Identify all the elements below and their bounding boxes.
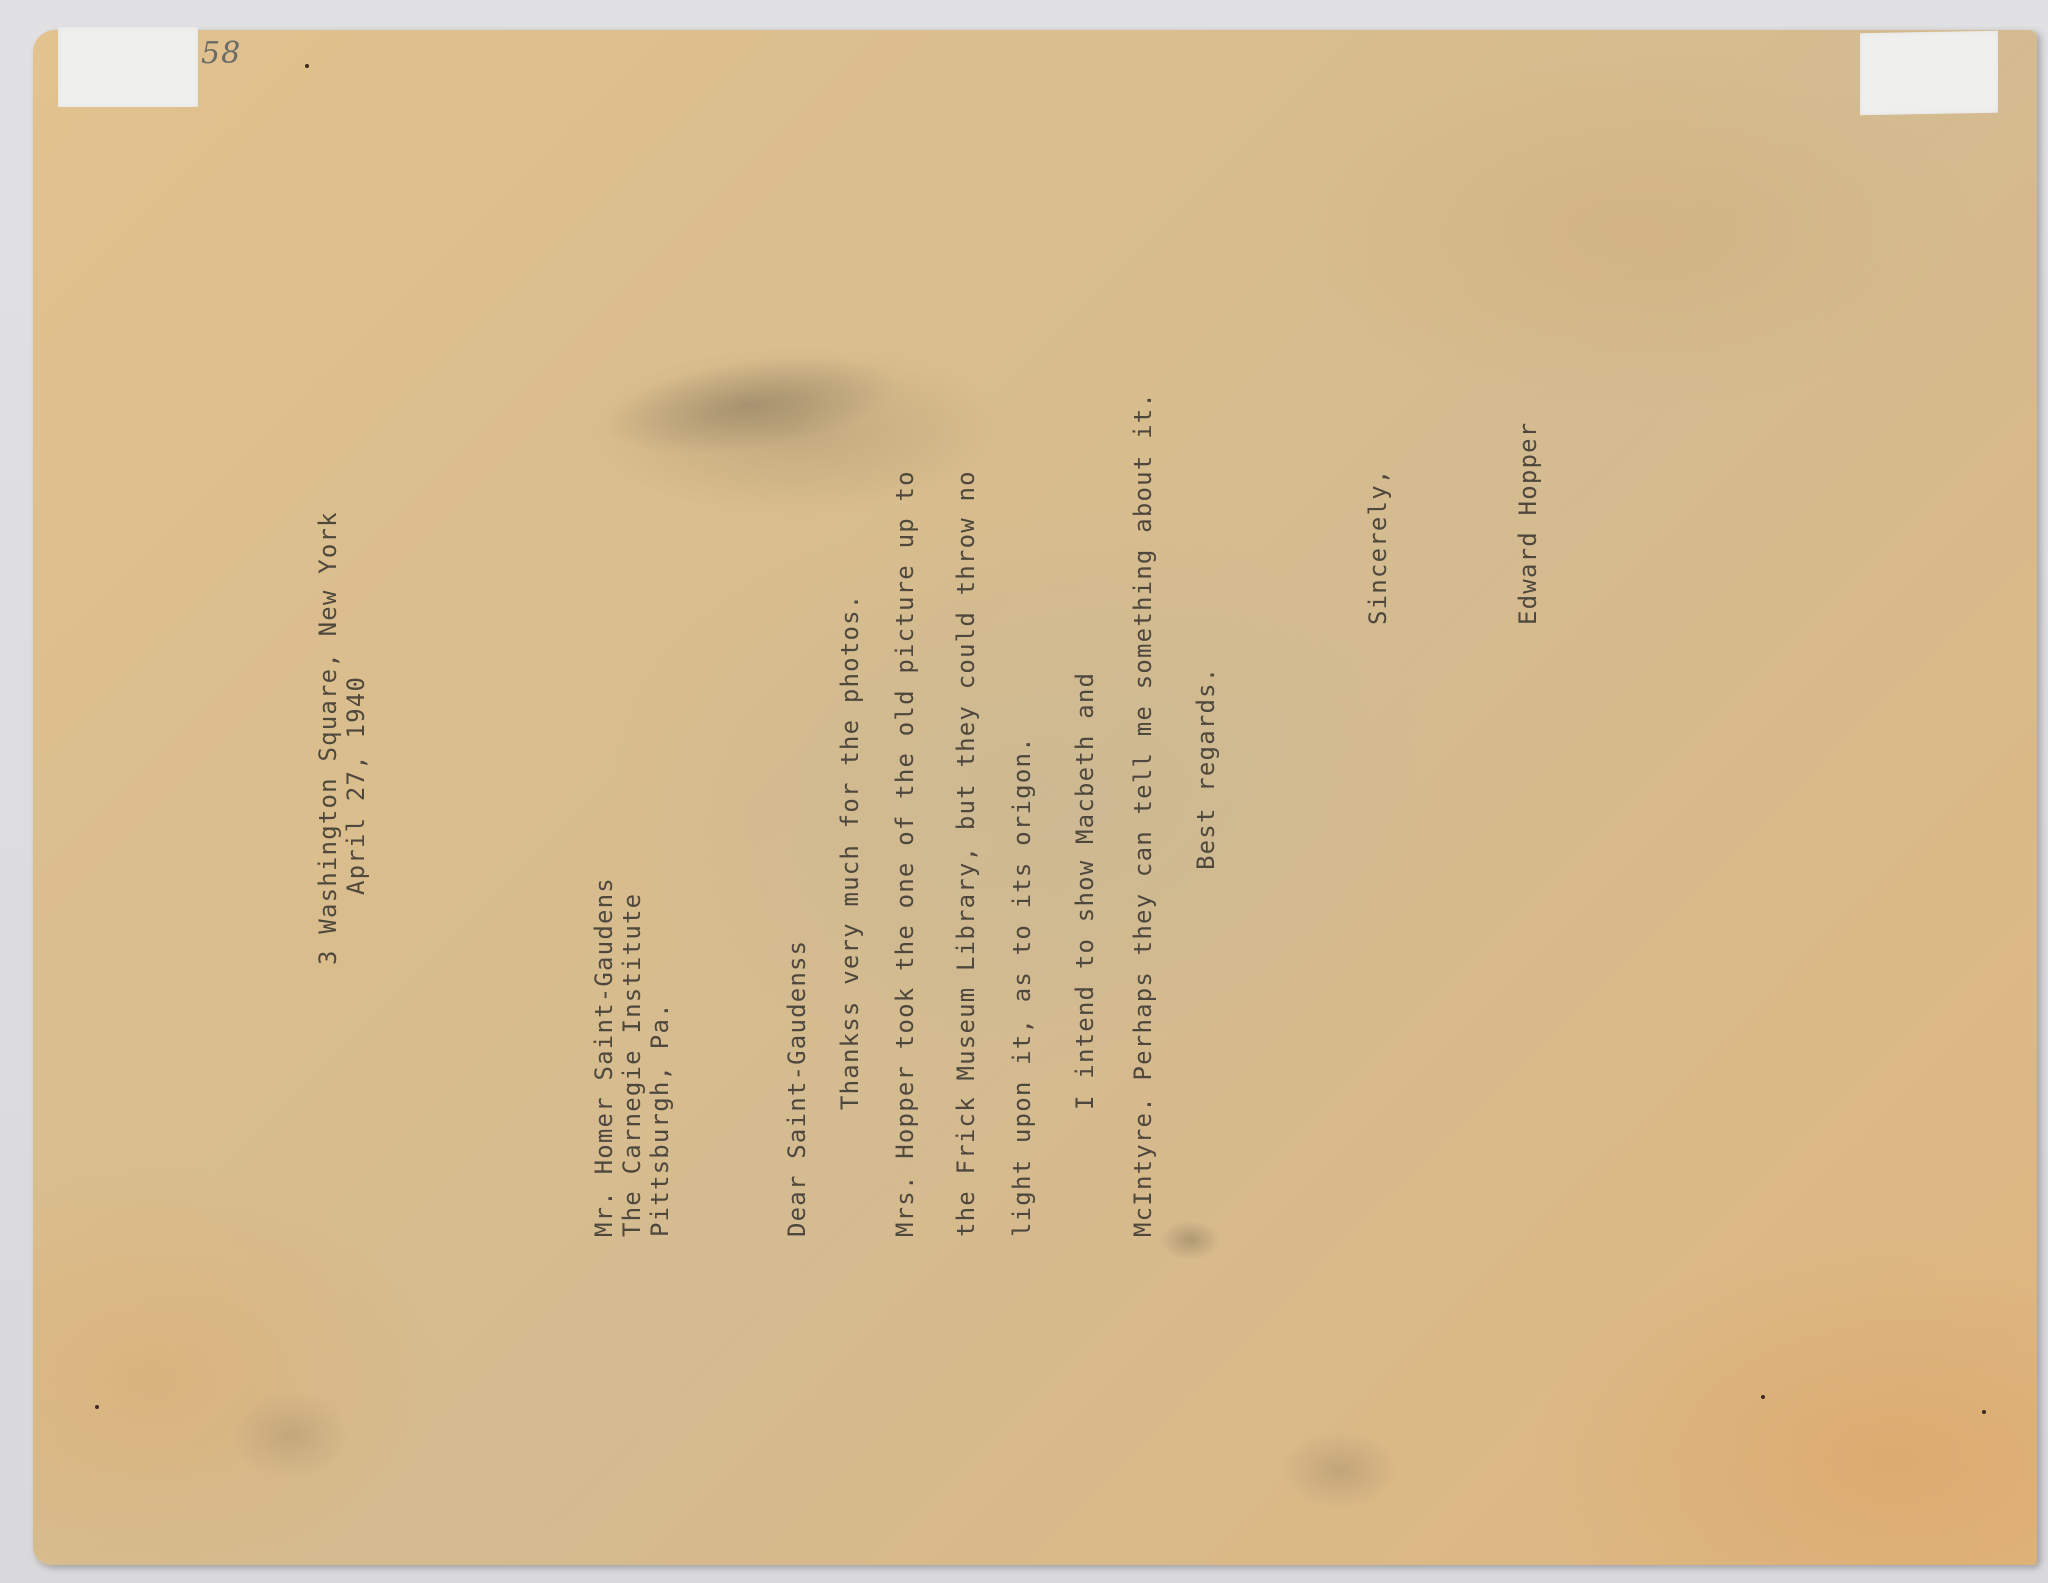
smudge-stain [1160,1220,1220,1260]
body-line-4: light upon it, as to its origon. [1008,736,1036,1237]
body-line-5: I intend to show Macbeth and [1071,672,1099,1110]
pencil-page-number: 58 [201,36,241,71]
heading-address: 3 Washington Square, New York [314,511,342,965]
recipient-city: Pittsburgh, Pa. [646,1002,674,1237]
heading-date: April 27, 1940 [342,676,370,895]
signature: Edward Hopper [1514,422,1542,625]
mounting-tape-left [58,27,198,107]
recipient-institution: The Carnegie Institute [618,893,646,1237]
mounting-tape-right [1860,31,1998,115]
body-line-6: McIntyre. Perhaps they can tell me somet… [1129,392,1157,1237]
smudge-stain [230,1390,350,1480]
paper-speck [1982,1410,1986,1414]
paper-speck [95,1405,99,1409]
paper-speck [1761,1395,1765,1399]
recipient-name: Mr. Homer Saint-Gaudens [590,877,618,1237]
paper-speck [305,64,309,68]
body-line-7: Best regards. [1192,667,1220,870]
body-line-1: Thankss very much for the photos. [836,594,864,1110]
smudge-stain [1280,1430,1400,1510]
closing: Sincerely, [1364,469,1392,626]
body-line-2: Mrs. Hopper took the one of the old pict… [891,470,919,1237]
salutation: Dear Saint-Gaudenss [783,940,811,1237]
body-line-3: the Frick Museum Library, but they could… [952,470,980,1237]
